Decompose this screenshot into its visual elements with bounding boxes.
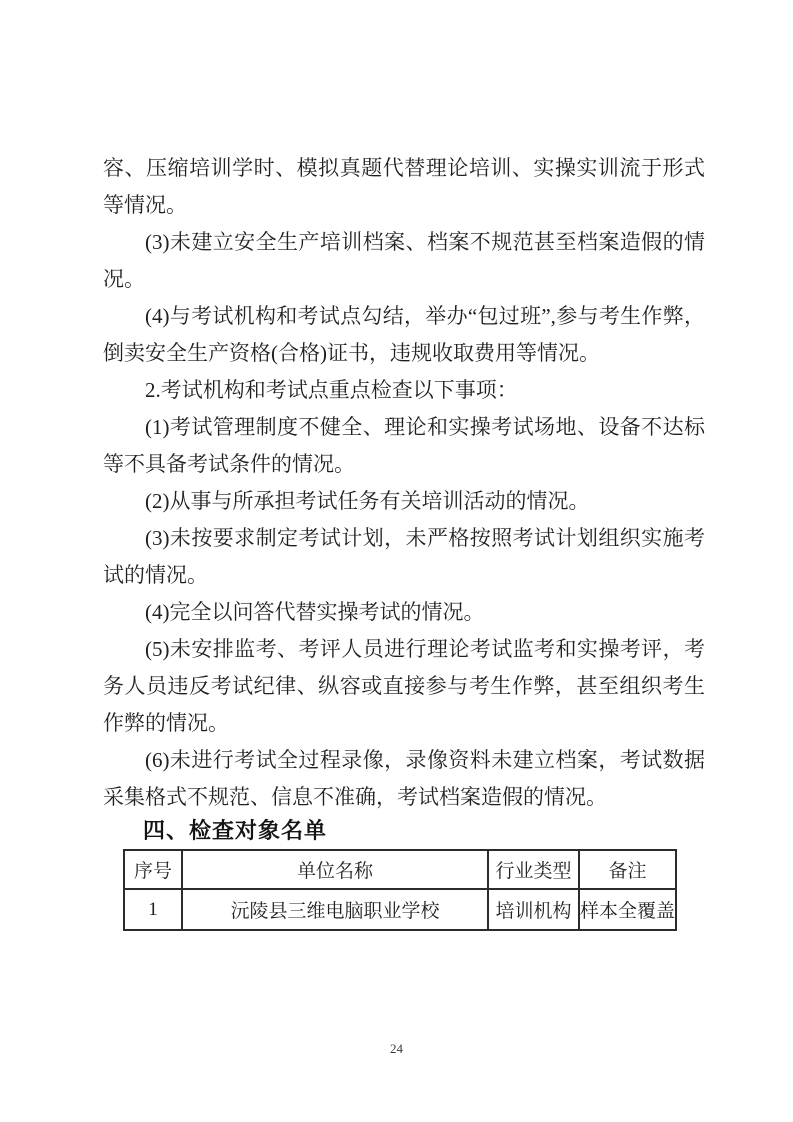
body-paragraph: (1)考试管理制度不健全、理论和实操考试场地、设备不达标等不具备考试条件的情况。 bbox=[103, 409, 705, 483]
body-paragraph: (4)与考试机构和考试点勾结，举办“包过班”,参与考生作弊，倒卖安全生产资格(合… bbox=[103, 298, 705, 372]
page-number: 24 bbox=[0, 1041, 793, 1057]
table-header-serial: 序号 bbox=[124, 850, 182, 889]
body-paragraph: (2)从事与所承担考试任务有关培训活动的情况。 bbox=[103, 483, 705, 520]
body-text: 容、压缩培训学时、模拟真题代替理论培训、实操实训流于形式等情况。 (3)未建立安… bbox=[103, 150, 705, 816]
body-paragraph: 容、压缩培训学时、模拟真题代替理论培训、实操实训流于形式等情况。 bbox=[103, 150, 705, 224]
table-header-row: 序号 单位名称 行业类型 备注 bbox=[124, 850, 676, 889]
body-paragraph: (4)完全以问答代替实操考试的情况。 bbox=[103, 594, 705, 631]
body-paragraph: 2.考试机构和考试点重点检查以下事项： bbox=[103, 372, 705, 409]
table-header-remark: 备注 bbox=[579, 850, 676, 889]
section-heading: 四、检查对象名单 bbox=[103, 816, 705, 846]
table-row: 1 沅陵县三维电脑职业学校 培训机构 样本全覆盖 bbox=[124, 889, 676, 930]
table-header-industry-type: 行业类型 bbox=[488, 850, 579, 889]
table-cell-unit-name: 沅陵县三维电脑职业学校 bbox=[182, 889, 488, 930]
table-header-unit-name: 单位名称 bbox=[182, 850, 488, 889]
body-paragraph: (6)未进行考试全过程录像，录像资料未建立档案，考试数据采集格式不规范、信息不准… bbox=[103, 742, 705, 816]
table-cell-serial: 1 bbox=[124, 889, 182, 930]
body-paragraph: (3)未建立安全生产培训档案、档案不规范甚至档案造假的情况。 bbox=[103, 224, 705, 298]
inspection-target-table: 序号 单位名称 行业类型 备注 1 沅陵县三维电脑职业学校 培训机构 样本全覆盖 bbox=[123, 849, 677, 931]
body-paragraph: (5)未安排监考、考评人员进行理论考试监考和实操考评，考务人员违反考试纪律、纵容… bbox=[103, 631, 705, 742]
body-paragraph: (3)未按要求制定考试计划，未严格按照考试计划组织实施考试的情况。 bbox=[103, 520, 705, 594]
document-page: 容、压缩培训学时、模拟真题代替理论培训、实操实训流于形式等情况。 (3)未建立安… bbox=[0, 0, 793, 1122]
table-cell-industry-type: 培训机构 bbox=[488, 889, 579, 930]
table-cell-remark: 样本全覆盖 bbox=[579, 889, 676, 930]
